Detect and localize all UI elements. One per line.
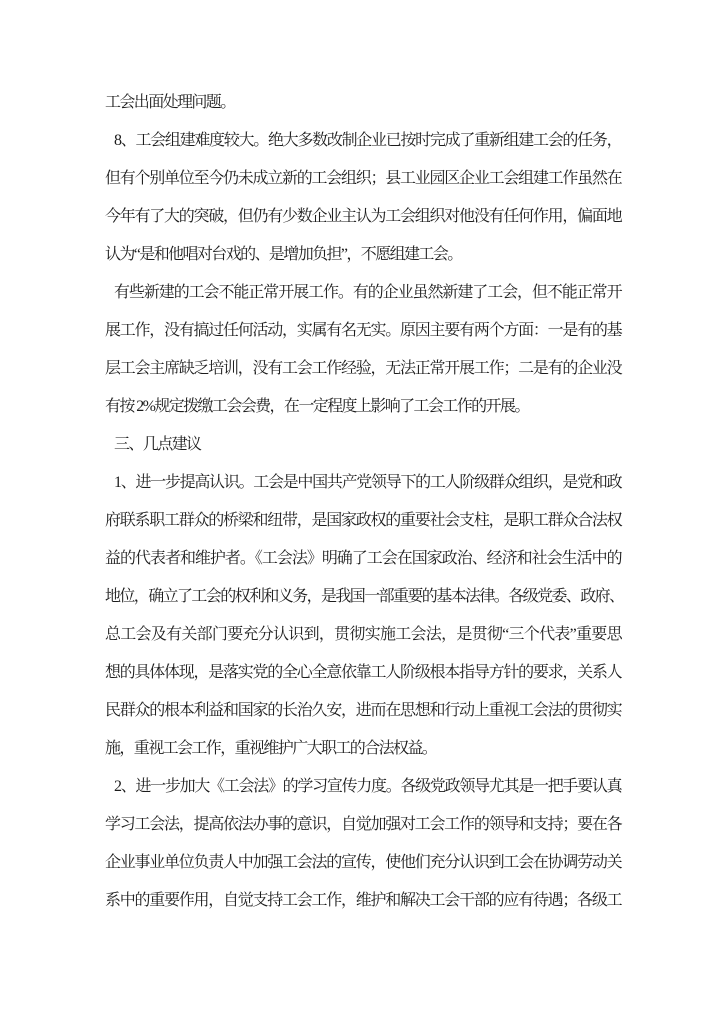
text-line: 地位，确立了工会的权利和义务，是我国一部重要的基本法律。各级党委、政府、: [105, 578, 621, 616]
section-heading-line: 三、几点建议: [105, 426, 621, 464]
text-line: 企业事业单位负责人中加强工会法的宣传，使他们充分认识到工会在协调劳动关: [105, 844, 621, 882]
text-line: 施，重视工会工作，重视维护广大职工的合法权益。: [105, 730, 621, 768]
text-line: 1、进一步提高认识。工会是中国共产党领导下的工人阶级群众组织，是党和政: [105, 464, 621, 502]
text-block: 工会出面处理问题。8、工会组建难度较大。绝大多数改制企业已按时完成了重新组建工会…: [105, 84, 621, 920]
text-line: 认为“是和他唱对台戏的、是增加负担”，不愿组建工会。: [105, 236, 621, 274]
text-line: 府联系职工群众的桥梁和纽带，是国家政权的重要社会支柱，是职工群众合法权: [105, 502, 621, 540]
text-line: 今年有了大的突破，但仍有少数企业主认为工会组织对他没有任何作用，偏面地: [105, 198, 621, 236]
text-line: 但有个别单位至今仍未成立新的工会组织；县工业园区企业工会组建工作虽然在: [105, 160, 621, 198]
text-line: 2、进一步加大《工会法》的学习宣传力度。各级党政领导尤其是一把手要认真: [105, 768, 621, 806]
text-line: 想的具体体现，是落实党的全心全意依靠工人阶级根本指导方针的要求，关系人: [105, 654, 621, 692]
text-line: 8、工会组建难度较大。绝大多数改制企业已按时完成了重新组建工会的任务，: [105, 122, 621, 160]
text-line: 总工会及有关部门要充分认识到，贯彻实施工会法，是贯彻“三个代表”重要思: [105, 616, 621, 654]
text-line: 层工会主席缺乏培训，没有工会工作经验，无法正常开展工作；二是有的企业没: [105, 350, 621, 388]
text-line: 民群众的根本利益和国家的长治久安，进而在思想和行动上重视工会法的贯彻实: [105, 692, 621, 730]
text-line: 系中的重要作用，自觉支持工会工作，维护和解决工会干部的应有待遇；各级工: [105, 882, 621, 920]
text-line: 有按 2%规定拨缴工会会费，在一定程度上影响了工会工作的开展。: [105, 388, 621, 426]
text-line: 有些新建的工会不能正常开展工作。有的企业虽然新建了工会，但不能正常开: [105, 274, 621, 312]
text-line: 工会出面处理问题。: [105, 84, 621, 122]
text-line: 学习工会法，提高依法办事的意识，自觉加强对工会工作的领导和支持；要在各: [105, 806, 621, 844]
text-line: 益的代表者和维护者。《工会法》明确了工会在国家政治、经济和社会生活中的: [105, 540, 621, 578]
text-line: 展工作，没有搞过任何活动，实属有名无实。原因主要有两个方面：一是有的基: [105, 312, 621, 350]
document-page: 工会出面处理问题。8、工会组建难度较大。绝大多数改制企业已按时完成了重新组建工会…: [0, 0, 721, 1020]
